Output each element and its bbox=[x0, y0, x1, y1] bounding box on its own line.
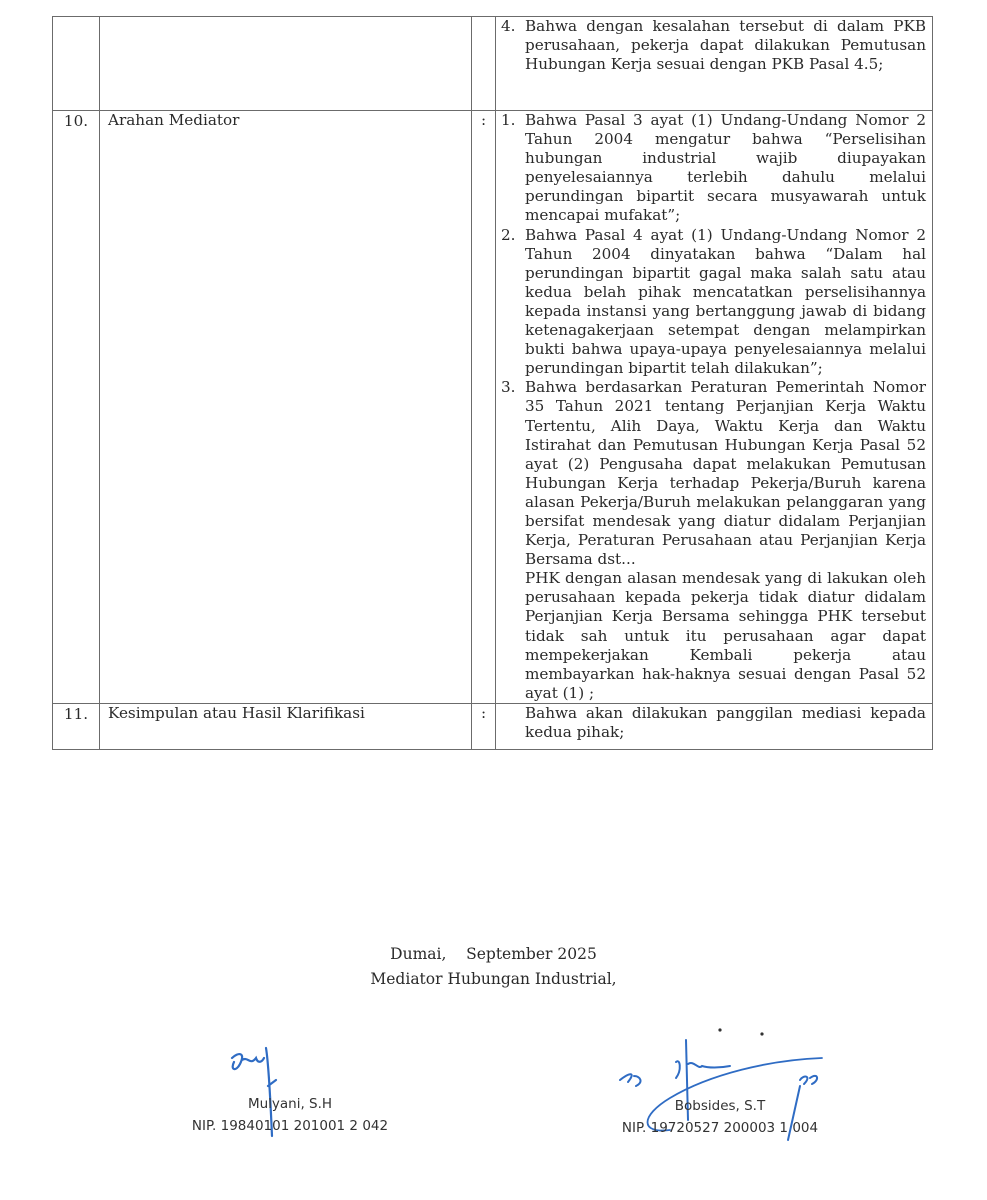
item-text: Bahwa dengan kesalahan tersebut di dalam… bbox=[525, 17, 926, 74]
row-number: 10. bbox=[53, 111, 100, 704]
list-item: 1. Bahwa Pasal 3 ayat (1) Undang-Undang … bbox=[501, 111, 926, 226]
row-content: 1. Bahwa Pasal 3 ayat (1) Undang-Undang … bbox=[496, 111, 933, 704]
signature-title: Mediator Hubungan Industrial, bbox=[0, 970, 987, 988]
item-text: Bahwa Pasal 4 ayat (1) Undang-Undang Nom… bbox=[525, 226, 926, 379]
row-label: Kesimpulan atau Hasil Klarifikasi bbox=[100, 703, 472, 749]
conclusion-text: Bahwa akan dilakukan panggilan mediasi k… bbox=[525, 704, 926, 742]
signatory-name: Bobsides, S.T bbox=[590, 1098, 850, 1114]
row-number: 11. bbox=[53, 703, 100, 749]
item-continuation: PHK dengan alasan mendesak yang di lakuk… bbox=[525, 569, 926, 703]
item-number: 3. bbox=[501, 378, 525, 569]
item-text: Bahwa berdasarkan Peraturan Pemerintah N… bbox=[525, 378, 926, 569]
signatory-nip: NIP. 19720527 200003 1 004 bbox=[590, 1120, 850, 1136]
row-number bbox=[53, 17, 100, 111]
item-number: 1. bbox=[501, 111, 525, 226]
place-date: Dumai, September 2025 bbox=[0, 945, 987, 963]
row-content: Bahwa akan dilakukan panggilan mediasi k… bbox=[496, 703, 933, 749]
table-row-kesimpulan: 11. Kesimpulan atau Hasil Klarifikasi : … bbox=[53, 703, 933, 749]
list-item: 4. Bahwa dengan kesalahan tersebut di da… bbox=[501, 17, 926, 74]
row-colon bbox=[472, 17, 496, 111]
row-label bbox=[100, 17, 472, 111]
item-text: Bahwa Pasal 3 ayat (1) Undang-Undang Nom… bbox=[525, 111, 926, 226]
table-row-arahan-mediator: 10. Arahan Mediator : 1. Bahwa Pasal 3 a… bbox=[53, 111, 933, 704]
mediation-table: 4. Bahwa dengan kesalahan tersebut di da… bbox=[52, 16, 933, 750]
signatory-name: Mulyani, S.H bbox=[150, 1096, 430, 1112]
row-colon: : bbox=[472, 703, 496, 749]
signatory-right: Bobsides, S.T NIP. 19720527 200003 1 004 bbox=[590, 1020, 850, 1150]
row-content: 4. Bahwa dengan kesalahan tersebut di da… bbox=[496, 17, 933, 111]
row-label: Arahan Mediator bbox=[100, 111, 472, 704]
row-colon: : bbox=[472, 111, 496, 704]
signatory-left: Mulyani, S.H NIP. 19840101 201001 2 042 bbox=[150, 1040, 430, 1140]
list-item: 3. Bahwa berdasarkan Peraturan Pemerinta… bbox=[501, 378, 926, 569]
table-row-continuation: 4. Bahwa dengan kesalahan tersebut di da… bbox=[53, 17, 933, 111]
signatory-nip: NIP. 19840101 201001 2 042 bbox=[150, 1118, 430, 1134]
item-number: 2. bbox=[501, 226, 525, 379]
item-number: 4. bbox=[501, 17, 525, 74]
list-item: 2. Bahwa Pasal 4 ayat (1) Undang-Undang … bbox=[501, 226, 926, 379]
